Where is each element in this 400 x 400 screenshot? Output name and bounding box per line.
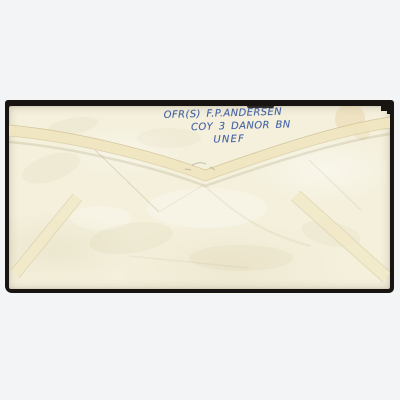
clipped-corner-notch [381,105,391,111]
address-line-force: UNEF [213,134,245,146]
handwritten-address: OFR(S) F.P.ANDERSEN COY 3 DANOR BN UNEF [7,101,393,295]
page-background: OFR(S) F.P.ANDERSEN COY 3 DANOR BN UNEF [0,0,400,400]
envelope-photo: OFR(S) F.P.ANDERSEN COY 3 DANOR BN UNEF [5,100,394,293]
address-line-name: OFR(S) F.P.ANDERSEN [164,107,283,121]
envelope-back: OFR(S) F.P.ANDERSEN COY 3 DANOR BN UNEF [9,106,390,289]
torn-edge-notch [247,105,274,108]
address-line-unit: COY 3 DANOR BN [191,119,291,133]
